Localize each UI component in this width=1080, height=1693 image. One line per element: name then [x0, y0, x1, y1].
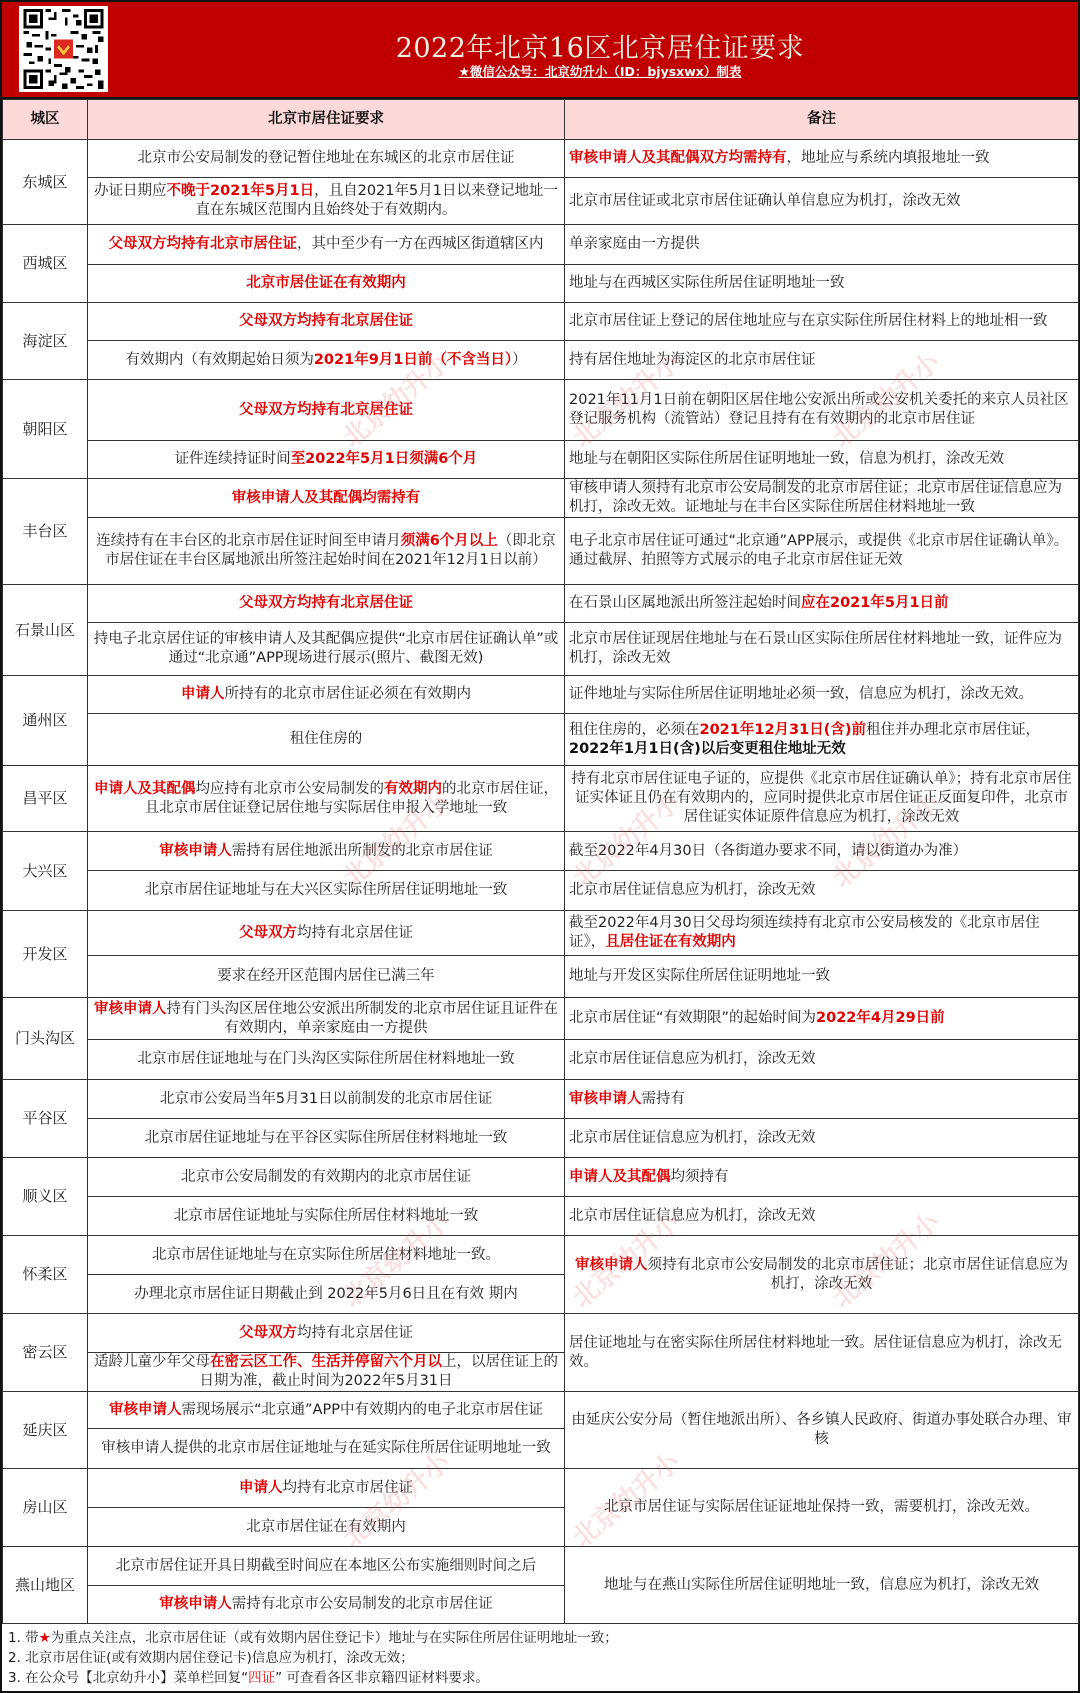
highlight-text: 审核申请人: [109, 1402, 182, 1418]
district-name: 丰台区: [3, 479, 88, 585]
cell-text: 北京市居住证信息应为机打，涂改无效: [569, 1051, 816, 1067]
requirement-cell: 北京市居住证地址与在门头沟区实际住所居住材料地址一致: [88, 1040, 565, 1080]
highlight-text: 审核申请人: [159, 843, 232, 859]
cell-text: 连续持有在丰台区的北京市居住证时间至申请月: [96, 533, 401, 549]
highlight-text: 审核申请人及其配偶双方均需持有: [569, 150, 787, 166]
column-header-district: 城区: [3, 100, 88, 140]
highlight-text: 北京市居住证在有效期内: [246, 275, 406, 291]
table-row: 昌平区申请人及其配偶均应持有北京市公安局制发的有效期内的北京市居住证，且北京市居…: [3, 766, 1079, 832]
table-row: 平谷区北京市公安局当年5月31日以前制发的北京市居住证审核申请人需持有: [3, 1080, 1079, 1119]
remark-cell: 截至2022年4月30日（各街道办要求不同，请以街道办为准）: [565, 832, 1079, 871]
remark-cell: 地址与在西城区实际住所居住证明地址一致: [565, 265, 1079, 303]
remark-cell: 北京市居住证“有效期限”的起始时间为2022年4月29日前: [565, 998, 1079, 1040]
district-name: 通州区: [3, 676, 88, 766]
cell-text: 北京市居住证现居住地址与在石景山区实际住所居住材料地址一致，证件应为机打，涂改无…: [569, 631, 1062, 666]
cell-text: 北京市居住证在有效期内: [246, 1519, 406, 1535]
highlight-text: 至2022年5月1日须满6个月: [291, 451, 478, 467]
cell-text: 在石景山区属地派出所签注起始时间: [569, 595, 801, 611]
district-name: 房山区: [3, 1469, 88, 1547]
cell-text: 北京市居住证信息应为机打，涂改无效: [569, 882, 816, 898]
column-header-requirement: 北京市居住证要求: [88, 100, 565, 140]
district-name: 门头沟区: [3, 998, 88, 1080]
requirement-cell: 北京市公安局当年5月31日以前制发的北京市居住证: [88, 1080, 565, 1119]
requirement-cell: 适龄儿童少年父母在密云区工作、生活并停留六个月以上，以居住证上的日期为准，截止时…: [88, 1353, 565, 1392]
cell-text: ，地址应与系统内填报地址一致: [787, 150, 990, 166]
table-row: 东城区北京市公安局制发的登记暂住地址在东城区的北京市居住证审核申请人及其配偶双方…: [3, 140, 1079, 178]
cell-text: 截至2022年4月30日（各街道办要求不同，请以街道办为准）: [569, 843, 967, 859]
remark-cell: 审核申请人须持有北京市公安局制发的北京市居住证；北京市居住证信息应为机打，涂改无…: [565, 479, 1079, 518]
remark-cell: 由延庆公安分局（暂住地派出所）、各乡镇人民政府、街道办事处联合办理、审核: [565, 1392, 1079, 1469]
remark-cell: 截至2022年4月30日父母均须连续持有北京市公安局核发的《北京市居住证》，且居…: [565, 911, 1079, 956]
requirement-cell: 父母双方均持有北京居住证: [88, 1314, 565, 1353]
cell-text: 均持有北京居住证: [297, 1325, 413, 1341]
district-name: 顺义区: [3, 1158, 88, 1236]
cell-text: 证件连续持证时间: [175, 451, 291, 467]
district-name: 石景山区: [3, 585, 88, 676]
table-row: 持电子北京居住证的审核申请人及其配偶应提供“北京市居住证确认单”或通过“北京通”…: [3, 623, 1079, 676]
requirement-cell: 持电子北京居住证的审核申请人及其配偶应提供“北京市居住证确认单”或通过“北京通”…: [88, 623, 565, 676]
highlight-text: 审核申请人及其配偶均需持有: [232, 490, 421, 506]
highlight-text: 2021年12月31日(含)前: [700, 722, 866, 738]
remark-cell: 持有居住地址为海淀区的北京市居住证: [565, 341, 1079, 380]
district-name: 延庆区: [3, 1392, 88, 1469]
cell-text: 需持有北京市公安局制发的北京市居住证: [232, 1596, 493, 1612]
table-row: 北京市居住证地址与在门头沟区实际住所居住材料地址一致北京市居住证信息应为机打，涂…: [3, 1040, 1079, 1080]
highlight-text: 审核申请人: [159, 1596, 232, 1612]
cell-text: 北京市公安局制发的有效期内的北京市居住证: [181, 1169, 471, 1185]
requirement-cell: 办证日期应不晚于2021年5月1日，且自2021年5月1日以来登记地址一直在东城…: [88, 178, 565, 225]
cell-text: 北京市居住证地址与实际住所居住材料地址一致: [174, 1208, 479, 1224]
requirement-cell: 申请人所持有的北京市居住证必须在有效期内: [88, 676, 565, 714]
cell-text: 北京市居住证地址与在京实际住所居住材料地址一致。: [152, 1247, 500, 1263]
table-row: 怀柔区北京市居住证地址与在京实际住所居住材料地址一致。审核申请人须持有北京市公安…: [3, 1236, 1079, 1275]
highlight-text: 申请人及其配偶: [94, 781, 196, 797]
district-name: 东城区: [3, 140, 88, 225]
cell-text: 北京市居住证信息应为机打，涂改无效: [569, 1208, 816, 1224]
highlight-text: 申请人: [239, 1480, 283, 1496]
cell-text: 有效期内（有效期起始日须为: [125, 352, 314, 368]
highlight-text: 父母双方: [239, 1325, 297, 1341]
remark-cell: 审核申请人需持有: [565, 1080, 1079, 1119]
cell-text: 需持有: [642, 1091, 686, 1107]
highlight-text: 父母双方均持有北京居住证: [239, 313, 413, 329]
district-rows: 东城区北京市公安局制发的登记暂住地址在东城区的北京市居住证审核申请人及其配偶双方…: [3, 140, 1079, 1624]
column-header-row: 城区 北京市居住证要求 备注: [3, 100, 1079, 140]
cell-text: 居住证地址与在密实际住所居住材料地址一致。居住证信息应为机打，涂改无效。: [569, 1335, 1062, 1370]
cell-text: 电子北京市居住证可通过“北京通”APP展示，或提供《北京市居住证确认单》。通过截…: [569, 533, 1068, 568]
table-row: 通州区申请人所持有的北京市居住证必须在有效期内证件地址与实际住所居住证明地址必须…: [3, 676, 1079, 714]
highlight-text: 父母双方: [239, 925, 297, 941]
district-name: 海淀区: [3, 303, 88, 380]
cell-text: 租住住房的: [290, 731, 363, 747]
requirement-cell: 租住住房的: [88, 714, 565, 766]
requirement-cell: 北京市居住证地址与实际住所居住材料地址一致: [88, 1197, 565, 1236]
table-row: 北京市居住证在有效期内地址与在西城区实际住所居住证明地址一致: [3, 265, 1079, 303]
remark-cell: 2021年11月1日前在朝阳区居住地公安派出所或公安机关委托的来京人员社区登记服…: [565, 380, 1079, 441]
footnote-3: 3. 在公众号【北京幼升小】菜单栏回复“四证” 可查看各区非京籍四证材料要求。: [8, 1668, 1072, 1688]
cell-text: 租住住房的，必须在: [569, 722, 700, 738]
cell-text: 持电子北京居住证的审核申请人及其配偶应提供“北京市居住证确认单”或通过“北京通”…: [94, 631, 559, 666]
requirement-cell: 北京市居住证地址与在平谷区实际住所居住材料地址一致: [88, 1119, 565, 1158]
cell-text: 适龄儿童少年父母: [94, 1354, 210, 1370]
cell-text: 地址与在朝阳区实际住所居住证明地址一致，信息为机打，涂改无效: [569, 451, 1004, 467]
table-row: 租住住房的租住住房的，必须在2021年12月31日(含)前租住并办理北京市居住证…: [3, 714, 1079, 766]
table-row: 石景山区父母双方均持有北京居住证在石景山区属地派出所签注起始时间应在2021年5…: [3, 585, 1079, 623]
district-name: 开发区: [3, 911, 88, 998]
cell-text: 北京市居住证或北京市居住证确认单信息应为机打，涂改无效: [569, 193, 961, 209]
highlight-text: 申请人及其配偶: [569, 1169, 671, 1185]
cell-text: 北京市居住证信息应为机打，涂改无效: [569, 1130, 816, 1146]
remark-cell: 北京市居住证与实际居住证证地址保持一致，需要机打，涂改无效。: [565, 1469, 1079, 1547]
highlight-text: 2022年4月29日前: [816, 1010, 945, 1026]
table-row: 燕山地区北京市居住证开具日期截至时间应在本地区公布实施细则时间之后地址与在燕山实…: [3, 1547, 1079, 1586]
district-name: 密云区: [3, 1314, 88, 1392]
table-row: 密云区父母双方均持有北京居住证居住证地址与在密实际住所居住材料地址一致。居住证信…: [3, 1314, 1079, 1353]
highlight-text: 应在2021年5月1日前: [801, 595, 949, 611]
table-row: 北京市居住证地址与实际住所居住材料地址一致北京市居住证信息应为机打，涂改无效: [3, 1197, 1079, 1236]
requirement-cell: 审核申请人及其配偶均需持有: [88, 479, 565, 518]
cell-text: 要求在经开区范围内居住已满三年: [217, 968, 435, 984]
cell-text: 审核申请人提供的北京市居住证地址与在延实际住所居住证明地址一致: [101, 1440, 551, 1456]
requirements-table: 城区 北京市居住证要求 备注 东城区北京市公安局制发的登记暂住地址在东城区的北京…: [2, 99, 1079, 1624]
page-title: 2022年北京16区北京居住证要求: [122, 26, 1078, 65]
table-row: 大兴区审核申请人需持有居住地派出所制发的北京市居住证截至2022年4月30日（各…: [3, 832, 1079, 871]
highlight-text: 审核申请人: [575, 1257, 648, 1273]
requirement-cell: 北京市居住证地址与在京实际住所居住材料地址一致。: [88, 1236, 565, 1275]
requirement-cell: 连续持有在丰台区的北京市居住证时间至申请月须满6个月以上（即北京市居住证在丰台区…: [88, 518, 565, 585]
table-row: 延庆区审核申请人需现场展示“北京通”APP中有效期内的电子北京市居住证由延庆公安…: [3, 1392, 1079, 1429]
requirement-cell: 父母双方均持有北京居住证: [88, 303, 565, 341]
district-name: 燕山地区: [3, 1547, 88, 1624]
requirement-cell: 父母双方均持有北京市居住证，其中至少有一方在西城区街道辖区内: [88, 225, 565, 265]
requirement-cell: 北京市居住证在有效期内: [88, 1508, 565, 1547]
cell-text: 持有居住地址为海淀区的北京市居住证: [569, 352, 816, 368]
footnotes: 1. 带★为重点关注点，北京市居住证（或有效期内居住登记卡）地址与在实际住所居住…: [2, 1623, 1078, 1693]
remark-cell: 电子北京市居住证可通过“北京通”APP展示，或提供《北京市居住证确认单》。通过截…: [565, 518, 1079, 585]
requirement-cell: 北京市居住证地址与在大兴区实际住所居住证明地址一致: [88, 871, 565, 911]
remark-cell: 审核申请人及其配偶双方均需持有，地址应与系统内填报地址一致: [565, 140, 1079, 178]
cell-text: 均应持有北京市公安局制发的: [196, 781, 385, 797]
requirement-cell: 要求在经开区范围内居住已满三年: [88, 956, 565, 998]
requirement-cell: 审核申请人提供的北京市居住证地址与在延实际住所居住证明地址一致: [88, 1429, 565, 1469]
requirement-cell: 审核申请人需持有居住地派出所制发的北京市居住证: [88, 832, 565, 871]
column-header-remarks: 备注: [565, 100, 1079, 140]
table-row: 北京市居住证地址与在平谷区实际住所居住材料地址一致北京市居住证信息应为机打，涂改…: [3, 1119, 1079, 1158]
requirement-cell: 北京市公安局制发的有效期内的北京市居住证: [88, 1158, 565, 1197]
remark-cell: 地址与开发区实际住所居住证明地址一致: [565, 956, 1079, 998]
table-row: 北京市居住证地址与在大兴区实际住所居住证明地址一致北京市居住证信息应为机打，涂改…: [3, 871, 1079, 911]
cell-text: 租住并办理北京市居住证，: [866, 722, 1040, 738]
district-name: 昌平区: [3, 766, 88, 832]
highlight-text: 父母双方均持有北京居住证: [239, 402, 413, 418]
highlight-text: 有效期内: [384, 781, 442, 797]
cell-text: 需现场展示“北京通”APP中有效期内的电子北京市居住证: [182, 1402, 543, 1418]
district-name: 大兴区: [3, 832, 88, 911]
requirement-cell: 审核申请人需持有北京市公安局制发的北京市居住证: [88, 1586, 565, 1624]
table-row: 门头沟区审核申请人持有门头沟区居住地公安派出所制发的北京市居住证且证件在有效期内…: [3, 998, 1079, 1040]
cell-text: 均持有北京居住证: [297, 925, 413, 941]
table-row: 开发区父母双方均持有北京居住证截至2022年4月30日父母均须连续持有北京市公安…: [3, 911, 1079, 956]
district-name: 西城区: [3, 225, 88, 303]
table-row: 有效期内（有效期起始日须为2021年9月1日前（不含当日））持有居住地址为海淀区…: [3, 341, 1079, 380]
cell-text: 均持有北京市居住证: [283, 1480, 414, 1496]
requirement-cell: 父母双方均持有北京居住证: [88, 911, 565, 956]
requirement-cell: 申请人及其配偶均应持有北京市公安局制发的有效期内的北京市居住证，且北京市居住证登…: [88, 766, 565, 832]
cell-text: 由延庆公安分局（暂住地派出所）、各乡镇人民政府、街道办事处联合办理、审核: [571, 1412, 1071, 1447]
cell-text: 单亲家庭由一方提供: [569, 236, 700, 252]
cell-text: 办证日期应: [94, 183, 167, 199]
requirement-cell: 父母双方均持有北京居住证: [88, 585, 565, 623]
highlight-text: 审核申请人: [569, 1091, 642, 1107]
cell-text: 北京市居住证地址与在大兴区实际住所居住证明地址一致: [145, 882, 508, 898]
table-row: 证件连续持证时间至2022年5月1日须满6个月地址与在朝阳区实际住所居住证明地址…: [3, 441, 1079, 479]
bold-text: 2022年1月1日(含)以后变更租住地址无效: [569, 741, 846, 757]
table-row: 办证日期应不晚于2021年5月1日，且自2021年5月1日以来登记地址一直在东城…: [3, 178, 1079, 225]
table-row: 西城区父母双方均持有北京市居住证，其中至少有一方在西城区街道辖区内单亲家庭由一方…: [3, 225, 1079, 265]
remark-cell: 地址与在燕山实际住所居住证明地址一致，信息应为机打，涂改无效: [565, 1547, 1079, 1624]
cell-text: ，其中至少有一方在西城区街道辖区内: [297, 236, 544, 252]
highlight-text: 在密云区工作、生活并停留六个月以: [210, 1354, 442, 1370]
requirement-cell: 有效期内（有效期起始日须为2021年9月1日前（不含当日））: [88, 341, 565, 380]
cell-text: 地址与在西城区实际住所居住证明地址一致: [569, 275, 845, 291]
cell-text: 持有门头沟区居住地公安派出所制发的北京市居住证且证件在有效期内，单亲家庭由一方提…: [167, 1001, 559, 1036]
remark-cell: 持有北京市居住证电子证的，应提供《北京市居住证确认单》；持有北京市居住证实体证且…: [565, 766, 1079, 832]
highlight-text: 父母双方均持有北京居住证: [239, 595, 413, 611]
district-name: 朝阳区: [3, 380, 88, 479]
residence-permit-table-sheet: 2022年北京16区北京居住证要求 ★微信公众号：北京幼升小（ID：bjysxw…: [0, 0, 1080, 1693]
table-row: 海淀区父母双方均持有北京居住证北京市居住证上登记的居住地址应与在京实际住所居住材…: [3, 303, 1079, 341]
star-icon: ★: [39, 1630, 51, 1646]
highlight-text: 父母双方均持有北京市居住证: [109, 236, 298, 252]
cell-text: 北京市公安局制发的登记暂住地址在东城区的北京市居住证: [138, 150, 515, 166]
highlight-text: 且居住证在有效期内: [605, 934, 736, 950]
cell-text: 2021年11月1日前在朝阳区居住地公安派出所或公安机关委托的来京人员社区登记服…: [569, 392, 1069, 427]
qr-code-icon: [19, 6, 108, 92]
cell-text: 所持有的北京市居住证必须在有效期内: [225, 686, 472, 702]
requirement-cell: 审核申请人持有门头沟区居住地公安派出所制发的北京市居住证且证件在有效期内，单亲家…: [88, 998, 565, 1040]
remark-cell: 北京市居住证现居住地址与在石景山区实际住所居住材料地址一致，证件应为机打，涂改无…: [565, 623, 1079, 676]
table-row: 连续持有在丰台区的北京市居住证时间至申请月须满6个月以上（即北京市居住证在丰台区…: [3, 518, 1079, 585]
cell-text: 北京市居住证上登记的居住地址应与在京实际住所居住材料上的地址相一致: [569, 313, 1048, 329]
cell-text: 须持有北京市公安局制发的北京市居住证；北京市居住证信息应为机打，涂改无效: [648, 1257, 1069, 1292]
cell-text: 需持有居住地派出所制发的北京市居住证: [232, 843, 493, 859]
cell-text: 地址与开发区实际住所居住证明地址一致: [569, 968, 830, 984]
requirement-cell: 证件连续持证时间至2022年5月1日须满6个月: [88, 441, 565, 479]
cell-text: 北京市居住证与实际居住证证地址保持一致，需要机打，涂改无效。: [604, 1499, 1039, 1515]
remark-cell: 在石景山区属地派出所签注起始时间应在2021年5月1日前: [565, 585, 1079, 623]
remark-cell: 申请人及其配偶均须持有: [565, 1158, 1079, 1197]
remark-cell: 审核申请人须持有北京市公安局制发的北京市居住证；北京市居住证信息应为机打，涂改无…: [565, 1236, 1079, 1314]
cell-text: 审核申请人须持有北京市公安局制发的北京市居住证；北京市居住证信息应为机打，涂改无…: [569, 480, 1062, 515]
table-row: 丰台区审核申请人及其配偶均需持有审核申请人须持有北京市公安局制发的北京市居住证；…: [3, 479, 1079, 518]
requirement-cell: 审核申请人需现场展示“北京通”APP中有效期内的电子北京市居住证: [88, 1392, 565, 1429]
remark-cell: 租住住房的，必须在2021年12月31日(含)前租住并办理北京市居住证，2022…: [565, 714, 1079, 766]
remark-cell: 居住证地址与在密实际住所居住材料地址一致。居住证信息应为机打，涂改无效。: [565, 1314, 1079, 1392]
requirement-cell: 申请人均持有北京市居住证: [88, 1469, 565, 1508]
remark-cell: 地址与在朝阳区实际住所居住证明地址一致，信息为机打，涂改无效: [565, 441, 1079, 479]
cell-text: ）: [512, 352, 527, 368]
remark-cell: 北京市居住证信息应为机打，涂改无效: [565, 871, 1079, 911]
table-row: 朝阳区父母双方均持有北京居住证2021年11月1日前在朝阳区居住地公安派出所或公…: [3, 380, 1079, 441]
remark-cell: 北京市居住证上登记的居住地址应与在京实际住所居住材料上的地址相一致: [565, 303, 1079, 341]
highlight-text: 不晚于2021年5月1日: [167, 183, 315, 199]
cell-text: 北京市居住证“有效期限”的起始时间为: [569, 1010, 816, 1026]
remark-cell: 北京市居住证或北京市居住证确认单信息应为机打，涂改无效: [565, 178, 1079, 225]
remark-cell: 北京市居住证信息应为机打，涂改无效: [565, 1197, 1079, 1236]
requirement-cell: 北京市居住证在有效期内: [88, 265, 565, 303]
remark-cell: 证件地址与实际住所居住证明地址必须一致，信息应为机打，涂改无效。: [565, 676, 1079, 714]
table-row: 要求在经开区范围内居住已满三年地址与开发区实际住所居住证明地址一致: [3, 956, 1079, 998]
highlight-text: 申请人: [181, 686, 225, 702]
cell-text: 北京市居住证开具日期截至时间应在本地区公布实施细则时间之后: [116, 1558, 537, 1574]
highlight-text: 须满6个月以上: [401, 533, 498, 549]
cell-text: 北京市居住证地址与在平谷区实际住所居住材料地址一致: [145, 1130, 508, 1146]
cell-text: 证件地址与实际住所居住证明地址必须一致，信息应为机打，涂改无效。: [569, 686, 1033, 702]
cell-text: 北京市公安局当年5月31日以前制发的北京市居住证: [160, 1091, 492, 1107]
requirement-cell: 北京市公安局制发的登记暂住地址在东城区的北京市居住证: [88, 140, 565, 178]
remark-cell: 北京市居住证信息应为机打，涂改无效: [565, 1119, 1079, 1158]
cell-text: 持有北京市居住证电子证的，应提供《北京市居住证确认单》；持有北京市居住证实体证且…: [571, 771, 1071, 825]
district-name: 平谷区: [3, 1080, 88, 1158]
requirement-cell: 父母双方均持有北京居住证: [88, 380, 565, 441]
remark-cell: 单亲家庭由一方提供: [565, 225, 1079, 265]
cell-text: 地址与在燕山实际住所居住证明地址一致，信息应为机打，涂改无效: [604, 1577, 1039, 1593]
highlight-text: 审核申请人: [94, 1001, 167, 1017]
footnote-1: 1. 带★为重点关注点，北京市居住证（或有效期内居住登记卡）地址与在实际住所居住…: [8, 1628, 1072, 1648]
district-name: 怀柔区: [3, 1236, 88, 1314]
table-row: 顺义区北京市公安局制发的有效期内的北京市居住证申请人及其配偶均须持有: [3, 1158, 1079, 1197]
table-row: 房山区申请人均持有北京市居住证北京市居住证与实际居住证证地址保持一致，需要机打，…: [3, 1469, 1079, 1508]
highlight-text: 2021年9月1日前（不含当日）: [314, 352, 512, 368]
requirement-cell: 北京市居住证开具日期截至时间应在本地区公布实施细则时间之后: [88, 1547, 565, 1586]
cell-text: 办理北京市居住证日期截止到 2022年5月6日且在有效 期内: [134, 1286, 518, 1302]
footnote-2: 2. 北京市居住证(或有效期内居住登记卡)信息应为机打，涂改无效；: [8, 1648, 1072, 1668]
wechat-source-subtitle: ★微信公众号：北京幼升小（ID：bjysxwx）制表: [122, 62, 1078, 80]
cell-text: 均须持有: [671, 1169, 729, 1185]
title-banner: 2022年北京16区北京居住证要求 ★微信公众号：北京幼升小（ID：bjysxw…: [2, 2, 1078, 99]
cell-text: 北京市居住证地址与在门头沟区实际住所居住材料地址一致: [138, 1051, 515, 1067]
requirement-cell: 办理北京市居住证日期截止到 2022年5月6日且在有效 期内: [88, 1275, 565, 1314]
remark-cell: 北京市居住证信息应为机打，涂改无效: [565, 1040, 1079, 1080]
